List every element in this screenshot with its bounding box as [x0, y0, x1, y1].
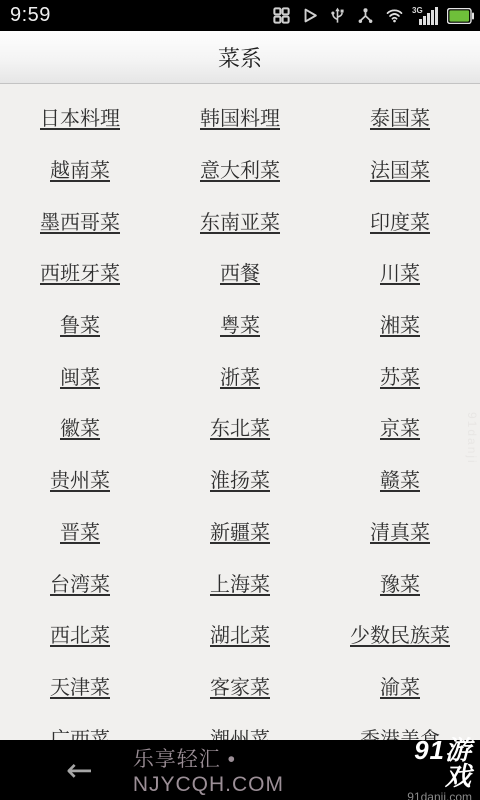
- cuisine-cell: 日本料理: [0, 91, 160, 143]
- usb-icon: [328, 6, 347, 25]
- cuisine-link[interactable]: 东南亚菜: [200, 206, 280, 235]
- cuisine-cell: 新疆菜: [160, 505, 320, 557]
- cuisine-cell: 上海菜: [160, 556, 320, 608]
- cuisine-cell: 赣菜: [320, 453, 480, 505]
- battery-icon: [447, 8, 474, 24]
- cuisine-link[interactable]: 清真菜: [370, 516, 430, 545]
- cuisine-link[interactable]: 京菜: [380, 412, 420, 441]
- cuisine-link[interactable]: 印度菜: [370, 206, 430, 235]
- cuisine-cell: 清真菜: [320, 505, 480, 557]
- cuisine-cell: 徽菜: [0, 401, 160, 453]
- cuisine-link[interactable]: 粤菜: [220, 309, 260, 338]
- cuisine-cell: 晋菜: [0, 505, 160, 557]
- cuisine-link[interactable]: 日本料理: [40, 102, 120, 131]
- cuisine-link[interactable]: 浙菜: [220, 361, 260, 390]
- cuisine-cell: 东北菜: [160, 401, 320, 453]
- cuisine-cell: 苏菜: [320, 349, 480, 401]
- cuisine-link[interactable]: 渝菜: [380, 671, 420, 700]
- cuisine-cell: 渝菜: [320, 660, 480, 712]
- cuisine-cell: 贵州菜: [0, 453, 160, 505]
- cuisine-cell: 东南亚菜: [160, 194, 320, 246]
- cuisine-cell: 闽菜: [0, 349, 160, 401]
- cuisine-cell: 台湾菜: [0, 556, 160, 608]
- cuisine-link[interactable]: 越南菜: [50, 154, 110, 183]
- cuisine-cell: 浙菜: [160, 349, 320, 401]
- cuisine-link[interactable]: 上海菜: [210, 568, 270, 597]
- cuisine-link[interactable]: 天津菜: [50, 671, 110, 700]
- cuisine-cell: 淮扬菜: [160, 453, 320, 505]
- cuisine-link[interactable]: 晋菜: [60, 516, 100, 545]
- signal-bars: [419, 7, 438, 25]
- cuisine-cell: 西餐: [160, 246, 320, 298]
- cuisine-cell: 韩国料理: [160, 91, 320, 143]
- cuisine-link[interactable]: 苏菜: [380, 361, 420, 390]
- cuisine-cell: 意大利菜: [160, 143, 320, 195]
- ad-banner-text[interactable]: 乐享轻汇 • NJYCQH.COM: [133, 743, 389, 797]
- cuisine-grid: 日本料理韩国料理泰国菜越南菜意大利菜法国菜墨西哥菜东南亚菜印度菜西班牙菜西餐川菜…: [0, 84, 480, 763]
- back-button[interactable]: ←: [66, 754, 93, 786]
- cuisine-cell: 泰国菜: [320, 91, 480, 143]
- cuisine-cell: 湖北菜: [160, 608, 320, 660]
- cuisine-link[interactable]: 湘菜: [380, 309, 420, 338]
- cuisine-link[interactable]: 泰国菜: [370, 102, 430, 131]
- title-bar: 菜系: [0, 31, 480, 84]
- app-screen: 9:59: [0, 0, 480, 800]
- cuisine-cell: 西北菜: [0, 608, 160, 660]
- cuisine-cell: 湘菜: [320, 298, 480, 350]
- cuisine-cell: 粤菜: [160, 298, 320, 350]
- cuisine-link[interactable]: 湖北菜: [210, 619, 270, 648]
- cuisine-cell: 越南菜: [0, 143, 160, 195]
- cuisine-cell: 川菜: [320, 246, 480, 298]
- cuisine-link[interactable]: 鲁菜: [60, 309, 100, 338]
- footer-ad-bar: ← 乐享轻汇 • NJYCQH.COM 91游戏 91danji.com: [0, 740, 480, 800]
- status-bar: 9:59: [0, 0, 480, 31]
- cuisine-cell: 西班牙菜: [0, 246, 160, 298]
- cuisine-link[interactable]: 韩国料理: [200, 102, 280, 131]
- logo-subtext: 91danji.com: [389, 791, 472, 800]
- cuisine-link[interactable]: 贵州菜: [50, 464, 110, 493]
- watermark-logo: 91游戏 91danji.com: [389, 737, 472, 800]
- cuisine-cell: 鲁菜: [0, 298, 160, 350]
- cuisine-link[interactable]: 徽菜: [60, 412, 100, 441]
- play-icon: [300, 6, 319, 25]
- cuisine-cell: 天津菜: [0, 660, 160, 712]
- cuisine-link[interactable]: 墨西哥菜: [40, 206, 120, 235]
- cuisine-link[interactable]: 意大利菜: [200, 154, 280, 183]
- wifi-icon: [384, 6, 405, 25]
- content-area: 日本料理韩国料理泰国菜越南菜意大利菜法国菜墨西哥菜东南亚菜印度菜西班牙菜西餐川菜…: [0, 84, 480, 800]
- cuisine-link[interactable]: 豫菜: [380, 568, 420, 597]
- cuisine-cell: 墨西哥菜: [0, 194, 160, 246]
- clock: 9:59: [10, 4, 51, 27]
- data-share-icon: [356, 6, 375, 25]
- cuisine-link[interactable]: 客家菜: [210, 671, 270, 700]
- logo-text: 91游戏: [389, 737, 472, 789]
- cuisine-cell: 豫菜: [320, 556, 480, 608]
- cuisine-link[interactable]: 台湾菜: [50, 568, 110, 597]
- cuisine-link[interactable]: 闽菜: [60, 361, 100, 390]
- cuisine-link[interactable]: 淮扬菜: [210, 464, 270, 493]
- cuisine-cell: 印度菜: [320, 194, 480, 246]
- cuisine-link[interactable]: 少数民族菜: [350, 619, 450, 648]
- cuisine-cell: 法国菜: [320, 143, 480, 195]
- cuisine-cell: 京菜: [320, 401, 480, 453]
- status-icon-tray: 3G: [272, 6, 474, 26]
- page-title: 菜系: [218, 42, 262, 73]
- cuisine-link[interactable]: 西北菜: [50, 619, 110, 648]
- signal-icon: 3G: [414, 6, 438, 26]
- widgets-icon: [272, 6, 291, 25]
- cuisine-link[interactable]: 法国菜: [370, 154, 430, 183]
- side-watermark: 91danji: [465, 412, 479, 465]
- cuisine-link[interactable]: 西班牙菜: [40, 257, 120, 286]
- cuisine-link[interactable]: 新疆菜: [210, 516, 270, 545]
- cuisine-link[interactable]: 川菜: [380, 257, 420, 286]
- cuisine-cell: 客家菜: [160, 660, 320, 712]
- cuisine-cell: 少数民族菜: [320, 608, 480, 660]
- cuisine-link[interactable]: 东北菜: [210, 412, 270, 441]
- cuisine-link[interactable]: 赣菜: [380, 464, 420, 493]
- cuisine-link[interactable]: 西餐: [220, 257, 260, 286]
